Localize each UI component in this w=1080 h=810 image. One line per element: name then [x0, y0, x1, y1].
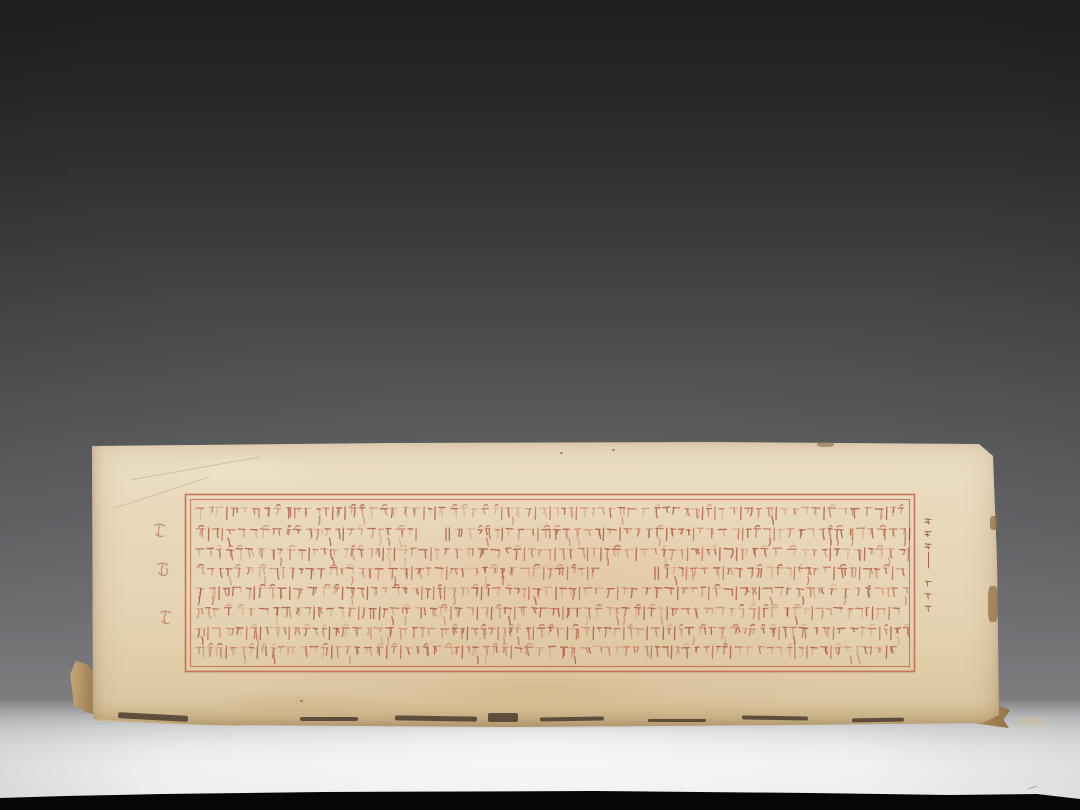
bottom-edge-crack	[300, 717, 358, 721]
studio-photo-scene	[0, 0, 1080, 810]
right-edge-damage	[990, 516, 998, 530]
bottom-edge-crack	[648, 719, 706, 722]
top-edge-notch	[817, 442, 834, 447]
right-edge-damage	[988, 586, 998, 622]
bottom-edge-crack	[488, 713, 518, 722]
paper-stain	[220, 485, 880, 645]
paper-stain	[110, 444, 370, 500]
paper-stain	[180, 684, 420, 720]
